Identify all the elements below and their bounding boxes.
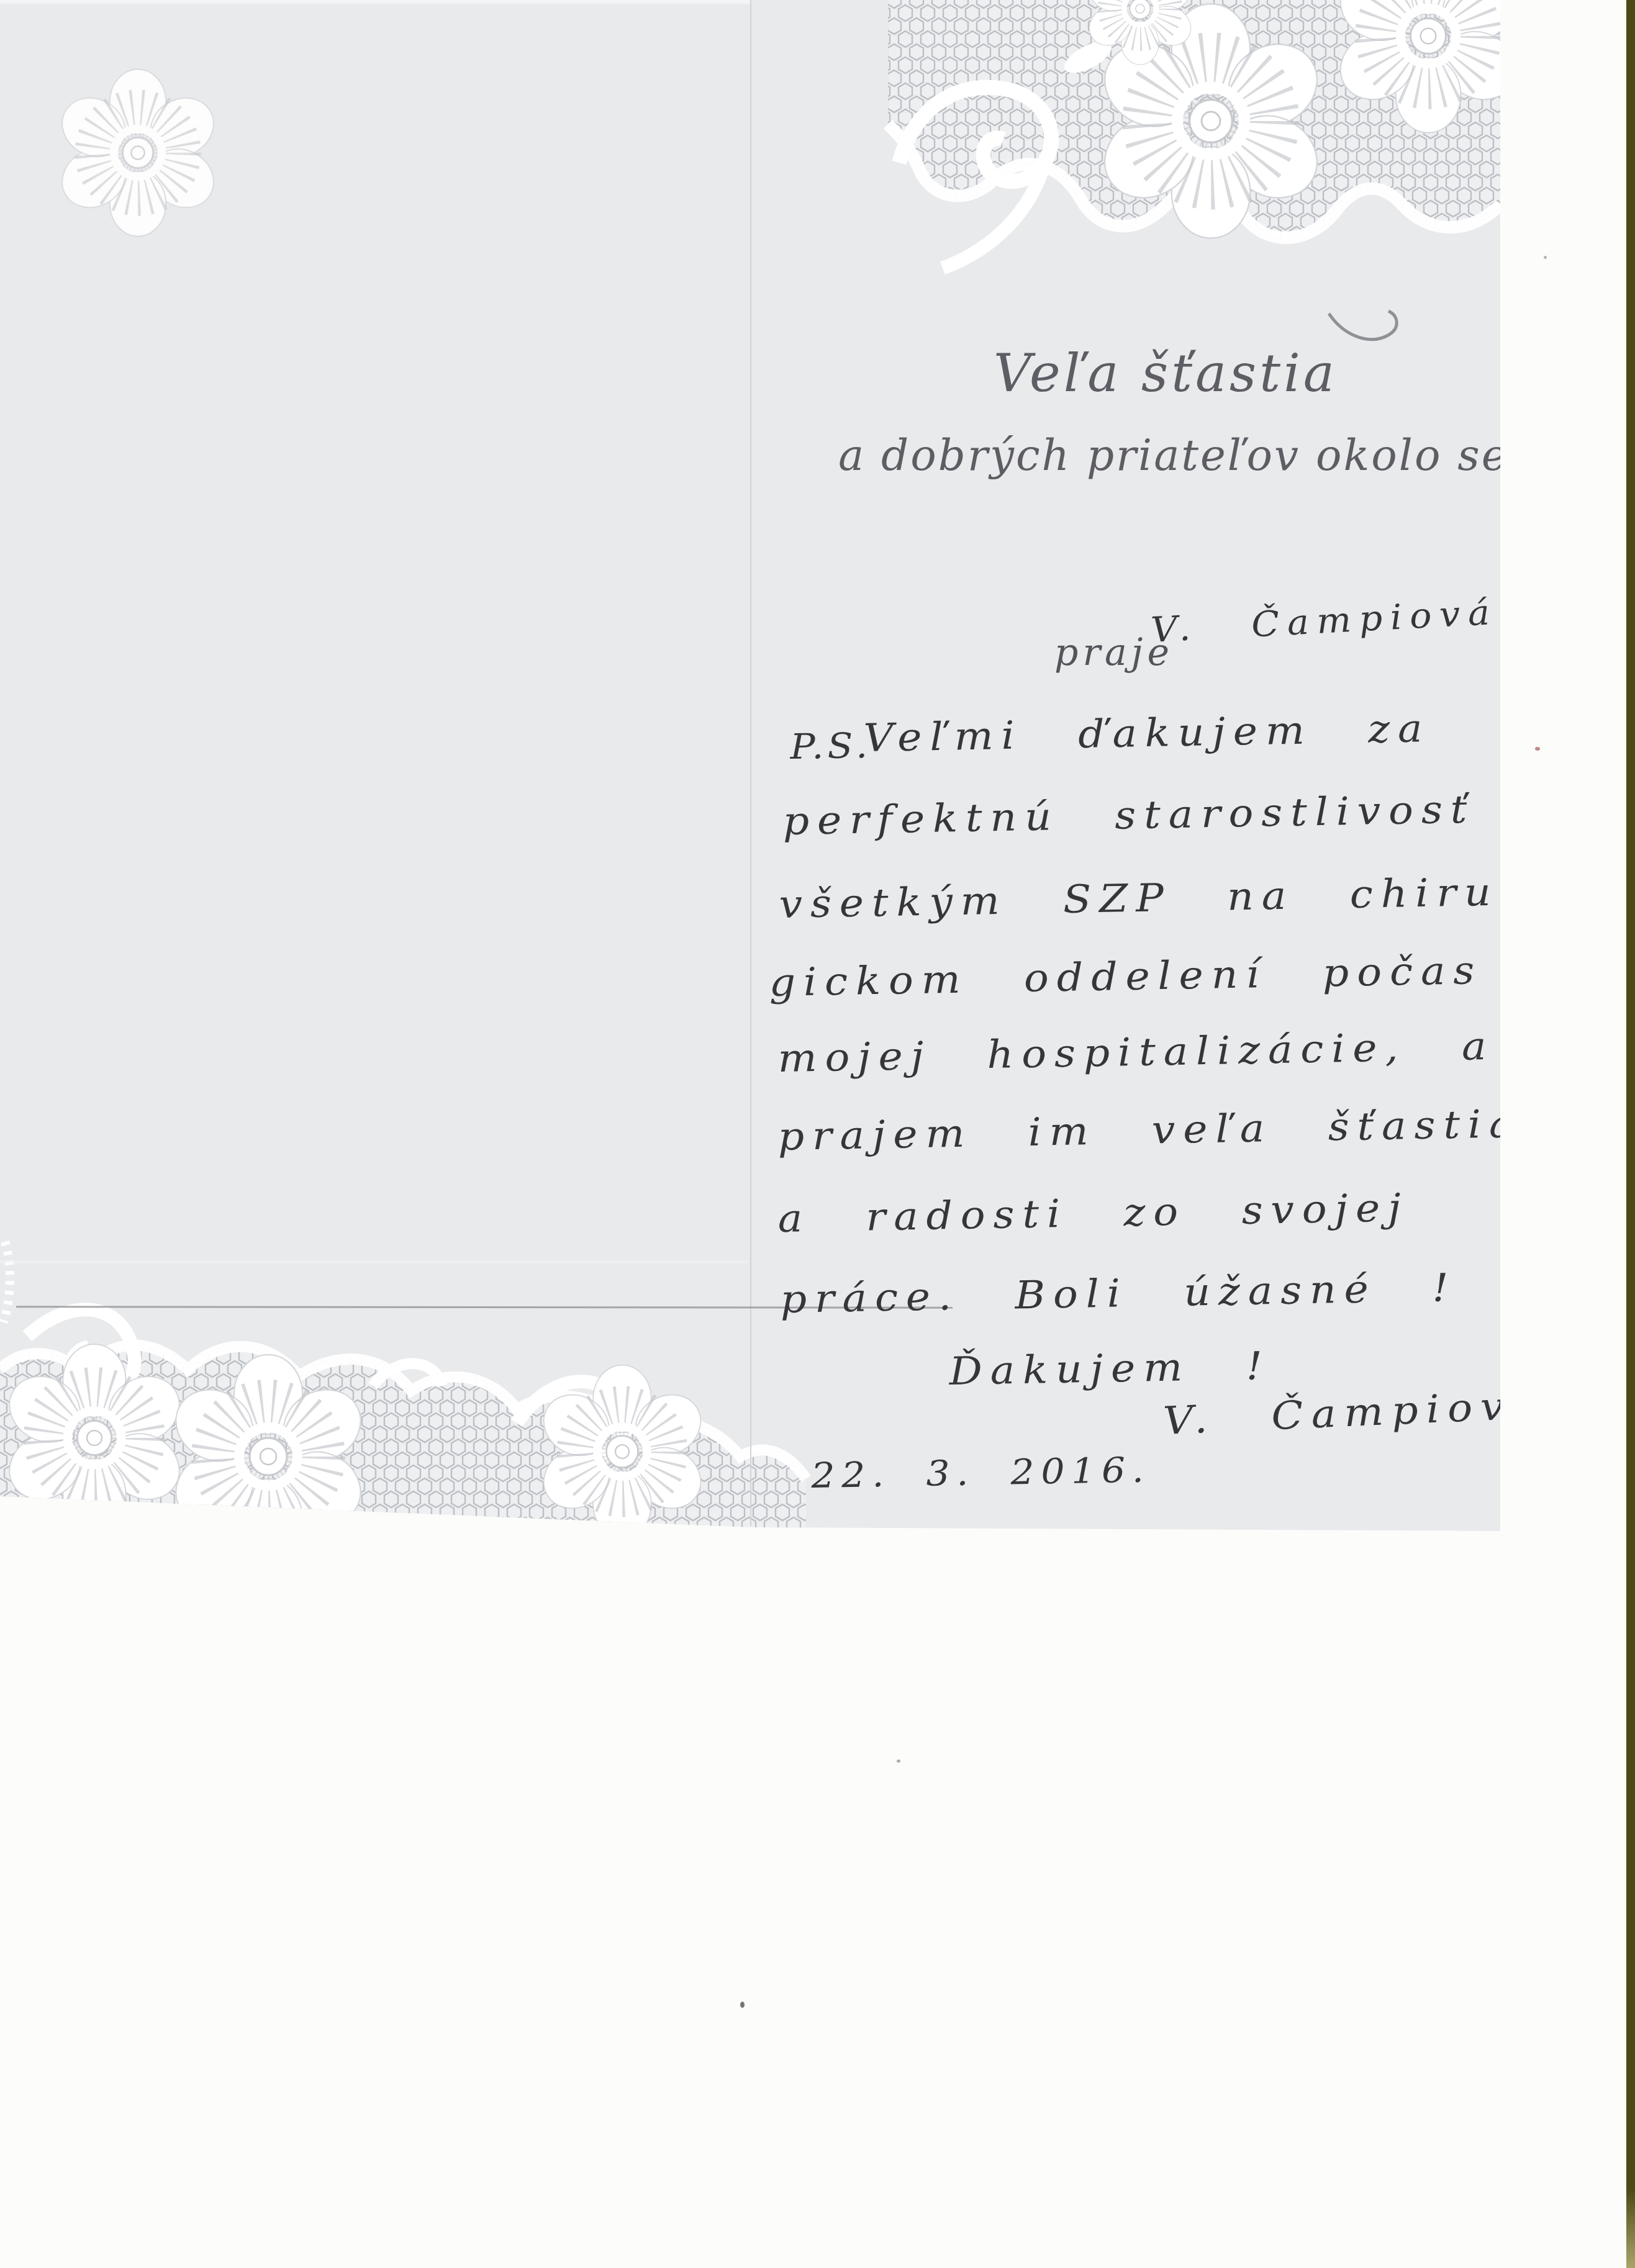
lace-band-bottom-left — [0, 1242, 806, 1534]
lace-flower-top-left — [52, 70, 224, 237]
handwritten-line: prajem im veľa šťastia — [777, 1105, 1522, 1156]
card-top-edge-highlight — [0, 0, 750, 4]
scan-streak — [0, 1260, 748, 1263]
dust-speck — [1535, 747, 1540, 751]
handwritten-line: a radosti zo svojej — [777, 1188, 1409, 1238]
handwritten-line: mojej hospitalizácie, a — [777, 1027, 1495, 1078]
handwritten-line: Ďakujem ! — [949, 1347, 1270, 1391]
handwritten-date: 22. 3. 2016. — [811, 1453, 1151, 1494]
dust-speck — [740, 2002, 745, 2008]
printed-greeting-line1: Veľa šťastia — [994, 343, 1338, 404]
handwritten-line: perfektnú starostlivosť — [782, 790, 1475, 841]
dust-speck — [897, 1760, 900, 1763]
handwritten-signature-top: V. Čampiová — [1150, 595, 1498, 648]
dust-speck — [1544, 256, 1547, 259]
handwritten-ps-label: P.S. — [790, 729, 872, 765]
scanned-page: Veľa šťastia a dobrých priateľov okolo s… — [0, 0, 1635, 2268]
handwritten-line: práce. Boli úžasné ! — [780, 1268, 1457, 1319]
scanner-edge-stripe — [1626, 0, 1635, 2268]
lace-corner-top-right — [888, 0, 1500, 340]
handwritten-line: gickom oddelení počas — [769, 951, 1483, 1002]
handwritten-line: Veľmi ďakujem za — [863, 709, 1431, 757]
card-fold-line — [750, 0, 751, 1526]
handwritten-signature-bottom: V. Čampiová — [1162, 1385, 1546, 1440]
greeting-card-scan: Veľa šťastia a dobrých priateľov okolo s… — [0, 0, 1500, 1534]
printed-greeting-line2: a dobrých priateľov okolo seba — [838, 431, 1565, 481]
handwritten-line: všetkým SZP na chirur- — [779, 872, 1549, 924]
